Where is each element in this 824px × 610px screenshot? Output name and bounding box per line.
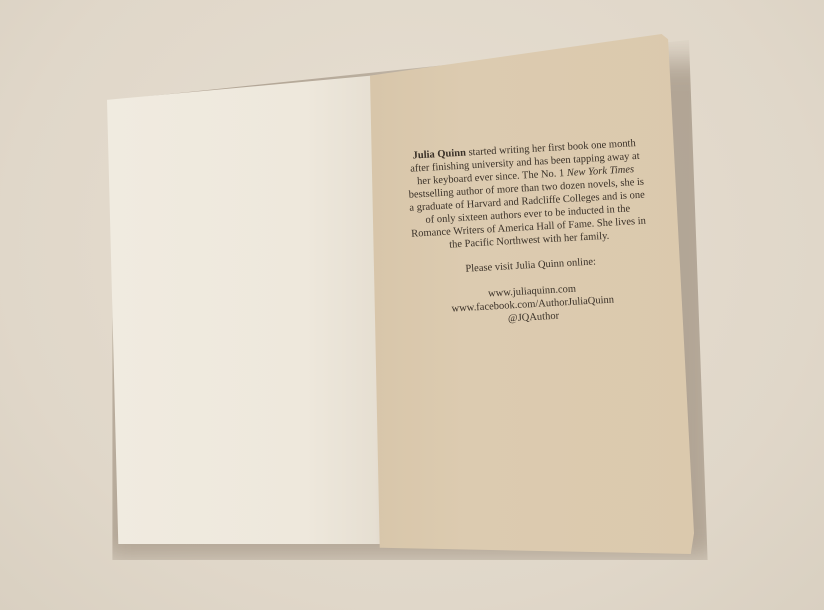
online-prompt: Please visit Julia Quinn online: [410,252,650,278]
author-name: Julia Quinn [412,148,466,162]
bio-text-2: bestselling author of more than two doze… [408,177,646,251]
author-bio: Julia Quinn started writing her first bo… [404,137,649,254]
left-page-blank [107,74,389,544]
author-bio-block: Julia Quinn started writing her first bo… [404,137,654,331]
